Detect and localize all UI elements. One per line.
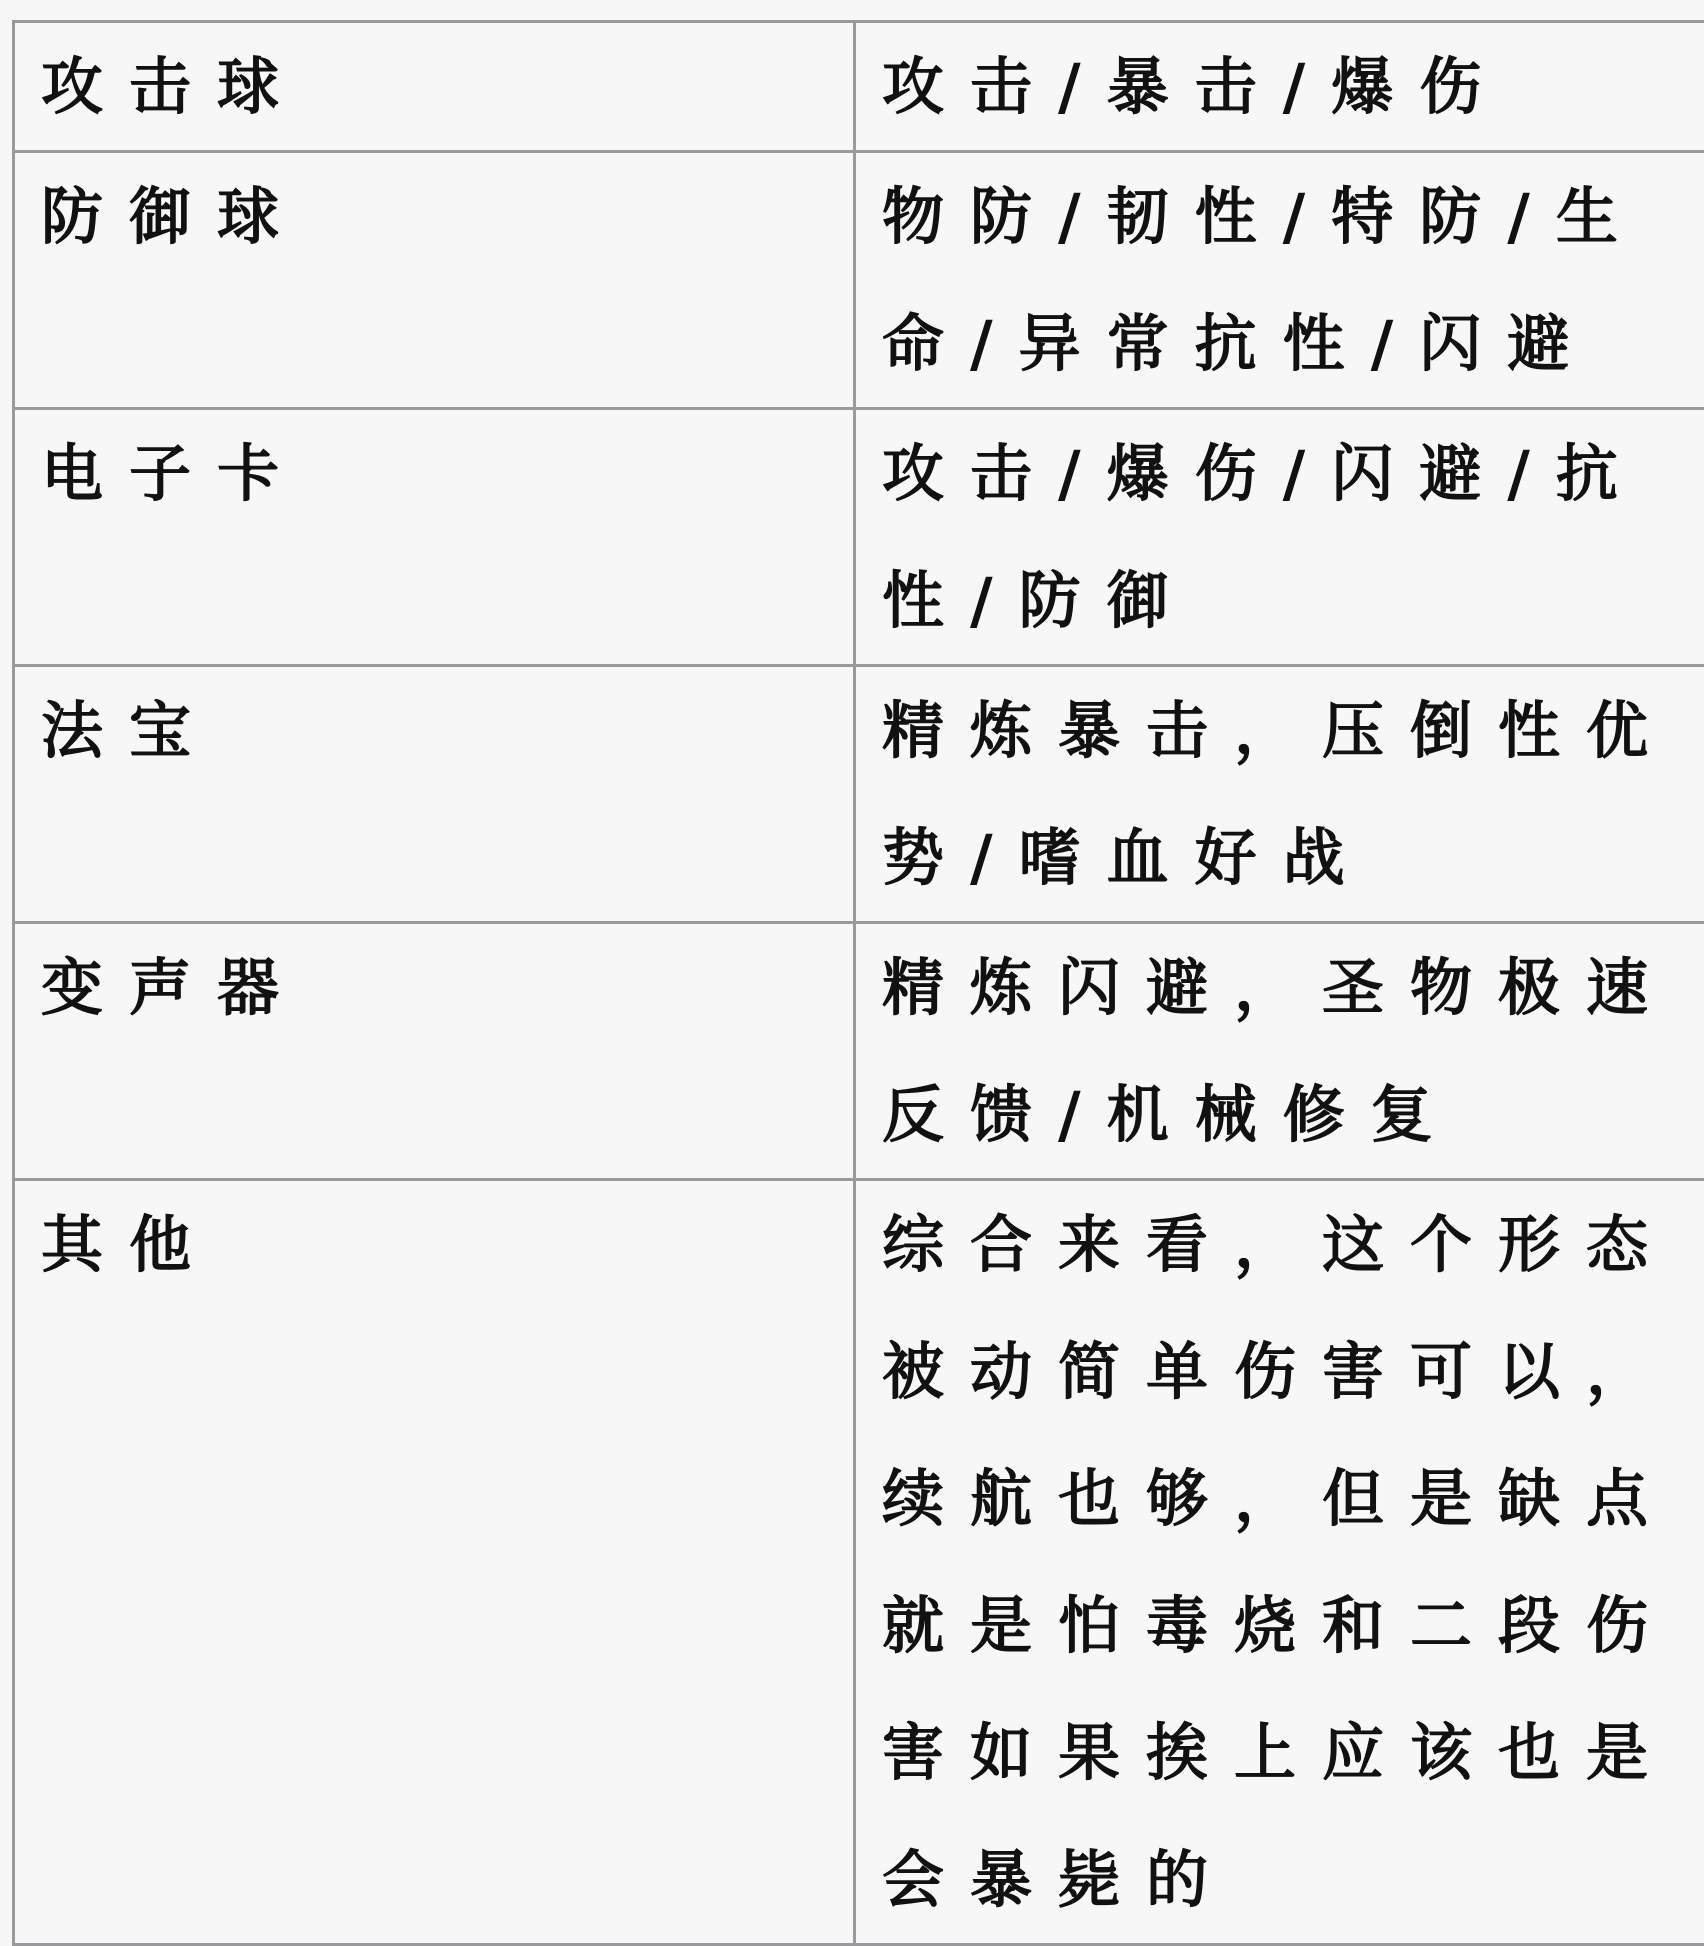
row-label-cell: 防御球 xyxy=(14,152,855,409)
row-label-cell: 变声器 xyxy=(14,923,855,1180)
row-attributes-cell: 攻击/爆伤/闪避/抗性/防御 xyxy=(855,409,1704,666)
table-row: 攻击球 攻击/暴击/爆伤 xyxy=(14,22,1704,152)
row-label-cell: 法宝 xyxy=(14,666,855,923)
table-row: 变声器 精炼闪避，圣物极速反馈/机械修复 xyxy=(14,923,1704,1180)
equipment-attributes-table: 攻击球 攻击/暴击/爆伤 防御球 物防/韧性/特防/生命/异常抗性/闪避 电子卡… xyxy=(12,20,1704,1800)
row-label-cell: 其他 xyxy=(14,1180,855,1801)
table-row: 防御球 物防/韧性/特防/生命/异常抗性/闪避 xyxy=(14,152,1704,409)
table-row: 其他 综合来看，这个形态被动简单伤害可以，续航也够，但是缺点就是怕毒烧和二段伤害… xyxy=(14,1180,1704,1801)
row-attributes-cell: 综合来看，这个形态被动简单伤害可以，续航也够，但是缺点就是怕毒烧和二段伤害如果挨… xyxy=(855,1180,1704,1801)
row-label-cell: 电子卡 xyxy=(14,409,855,666)
row-label-cell: 攻击球 xyxy=(14,22,855,152)
row-attributes-cell: 攻击/暴击/爆伤 xyxy=(855,22,1704,152)
row-attributes-cell: 精炼暴击，压倒性优势/嗜血好战 xyxy=(855,666,1704,923)
top-margin xyxy=(0,0,1704,20)
row-attributes-cell: 物防/韧性/特防/生命/异常抗性/闪避 xyxy=(855,152,1704,409)
table-row: 电子卡 攻击/爆伤/闪避/抗性/防御 xyxy=(14,409,1704,666)
row-attributes-cell: 精炼闪避，圣物极速反馈/机械修复 xyxy=(855,923,1704,1180)
table-row: 法宝 精炼暴击，压倒性优势/嗜血好战 xyxy=(14,666,1704,923)
